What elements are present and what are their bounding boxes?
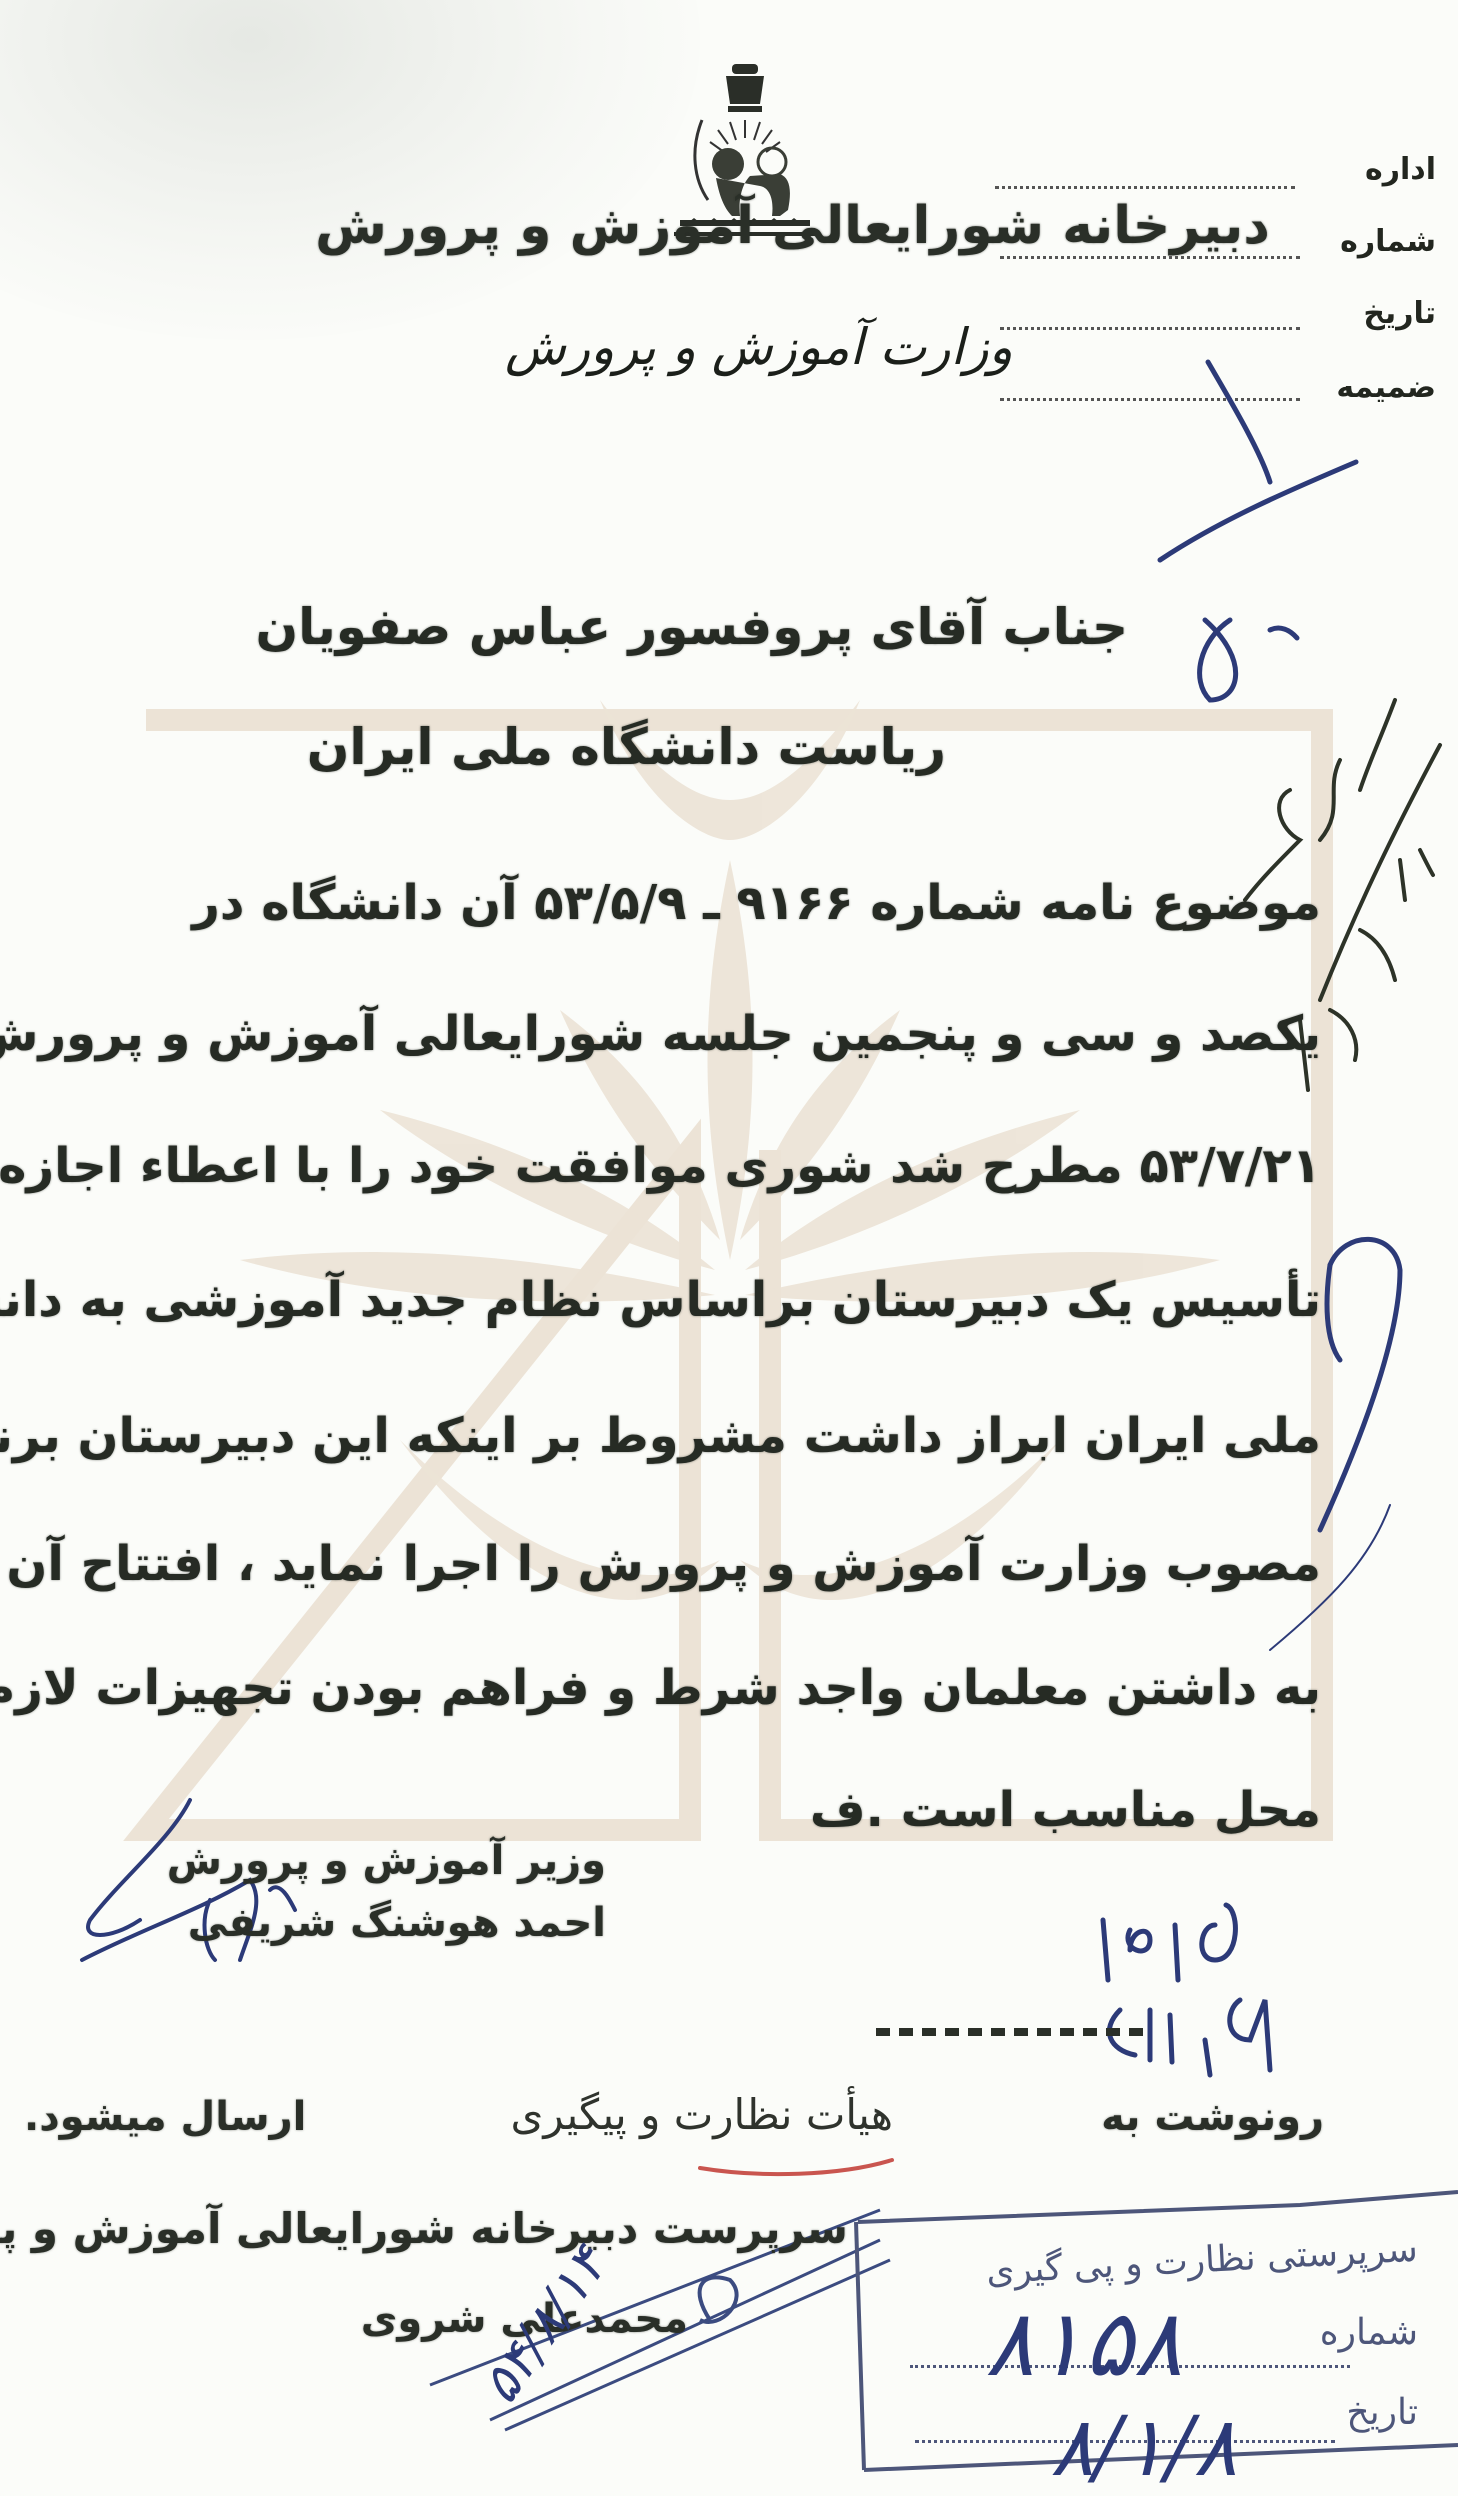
stamp-date-label: تاریخ — [1346, 2392, 1418, 2433]
secretariat-title: سرپرست دبیرخانه شورایعالی آموزش و پرورش — [0, 2204, 848, 2253]
body-line-4: تأسیس یک دبیرستان براساس نظام جدید آموزش… — [0, 1272, 1321, 1328]
stamp-number-value: ۸۱۵۸ — [985, 2290, 1183, 2397]
body-line-5: ملی ایران ابراز داشت مشروط بر اینکه این … — [0, 1408, 1321, 1464]
body-line-7: به داشتن معلمان واجد شرط و فراهم بودن تج… — [0, 1660, 1321, 1716]
addressee-line-2: ریاست دانشگاه ملی ایران — [307, 718, 946, 776]
body-line-1: موضوع نامه شماره ۹۱۶۶ ـ ۵۳/۵/۹ آن دانشگا… — [192, 875, 1321, 931]
cc-suffix: ارسال میشود. — [24, 2094, 306, 2140]
body-line-6: مصوب وزارت آموزش و پرورش را اجرا نماید ،… — [0, 1536, 1321, 1592]
signatory-title: وزیر آموزش و پرورش — [167, 1838, 606, 1884]
registry-number: 1515 — [1098, 1905, 1101, 1906]
body-line-2: یکصد و سی و پنجمین جلسه شورایعالی آموزش … — [0, 1006, 1321, 1062]
body-line-8: محل مناسب است .ف — [810, 1782, 1321, 1838]
cc-recipient: هیأت نظارت و پیگیری — [510, 2090, 893, 2139]
signatory-name: احمد هوشنگ شریفی — [188, 1900, 606, 1946]
stamp-number-label: شماره — [1320, 2312, 1418, 2353]
stamp-date-value: ۸/۱/۸ — [1050, 2400, 1237, 2495]
cc-prefix: رونوشت به — [1101, 2094, 1324, 2140]
body-line-3: ۵۳/۷/۲۱ مطرح شد شوری موافقت خود را با اع… — [0, 1138, 1321, 1194]
addressee-line-1: جناب آقای پروفسور عباس صفویان — [256, 598, 1129, 656]
